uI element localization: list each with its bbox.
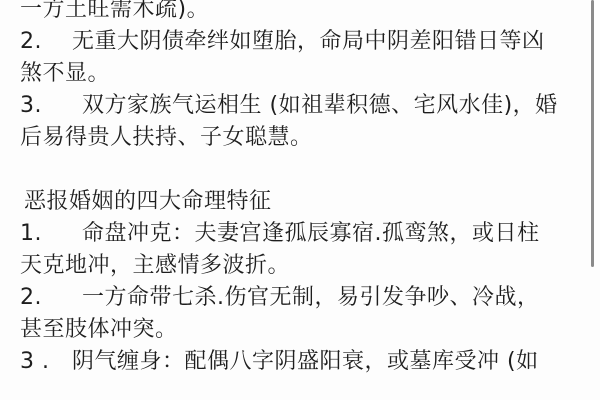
list-item-line2: 甚至肢体冲突。 (20, 314, 580, 346)
list-item-number: 2. (20, 282, 82, 314)
scrollbar-thumb[interactable] (591, 0, 594, 267)
section1-tail-line: 一方土旺需木疏)。 (20, 0, 580, 26)
list-item-text: 双方家族气运相生 (如祖辈积德、宅风水佳)，婚 (82, 93, 558, 118)
document-body: 一方土旺需木疏)。 2.无重大阴债牵绊如堕胎，命局中阴差阳错日等凶 煞不显。 3… (20, 0, 580, 378)
section-heading: 恶报婚姻的四大命理特征 (20, 186, 580, 218)
list-item-number: 1. (20, 218, 82, 250)
list-item: 2.无重大阴债牵绊如堕胎，命局中阴差阳错日等凶 煞不显。 (20, 26, 580, 90)
list-item: 1.命盘冲克：夫妻宫逢孤辰寡宿.孤鸾煞，或日柱 天克地冲，主感情多波折。 (20, 218, 580, 282)
list-item: 3 .阴气缠身：配偶八字阴盛阳衰，或墓库受冲 (如 (20, 346, 580, 378)
list-item-text: 无重大阴债牵绊如堕胎，命局中阴差阳错日等凶 (72, 29, 545, 54)
list-item-number: 2. (20, 26, 72, 58)
list-item-line2: 煞不显。 (20, 58, 580, 90)
list-item-number: 3 . (20, 346, 72, 378)
list-item-line1: 1.命盘冲克：夫妻宫逢孤辰寡宿.孤鸾煞，或日柱 (20, 218, 580, 250)
vertical-scrollbar[interactable] (591, 0, 594, 400)
list-item-line2: 天克地冲，主感情多波折。 (20, 250, 580, 282)
list-item-line2: 后易得贵人扶持、子女聪慧。 (20, 122, 580, 154)
list-item-line1: 2.一方命带七杀.伤官无制，易引发争吵、冷战， (20, 282, 580, 314)
list-item-line1: 3.双方家族气运相生 (如祖辈积德、宅风水佳)，婚 (20, 90, 580, 122)
list-item-text: 命盘冲克：夫妻宫逢孤辰寡宿.孤鸾煞，或日柱 (82, 221, 540, 246)
list-item-line1: 3 .阴气缠身：配偶八字阴盛阳衰，或墓库受冲 (如 (20, 346, 580, 378)
paragraph-spacer (20, 154, 580, 186)
list-item: 2.一方命带七杀.伤官无制，易引发争吵、冷战， 甚至肢体冲突。 (20, 282, 580, 346)
list-item-number: 3. (20, 90, 82, 122)
list-item-text: 一方命带七杀.伤官无制，易引发争吵、冷战， (82, 285, 540, 310)
list-item-line1: 2.无重大阴债牵绊如堕胎，命局中阴差阳错日等凶 (20, 26, 580, 58)
list-item-text: 阴气缠身：配偶八字阴盛阳衰，或墓库受冲 (如 (72, 349, 539, 374)
list-item: 3.双方家族气运相生 (如祖辈积德、宅风水佳)，婚 后易得贵人扶持、子女聪慧。 (20, 90, 580, 154)
